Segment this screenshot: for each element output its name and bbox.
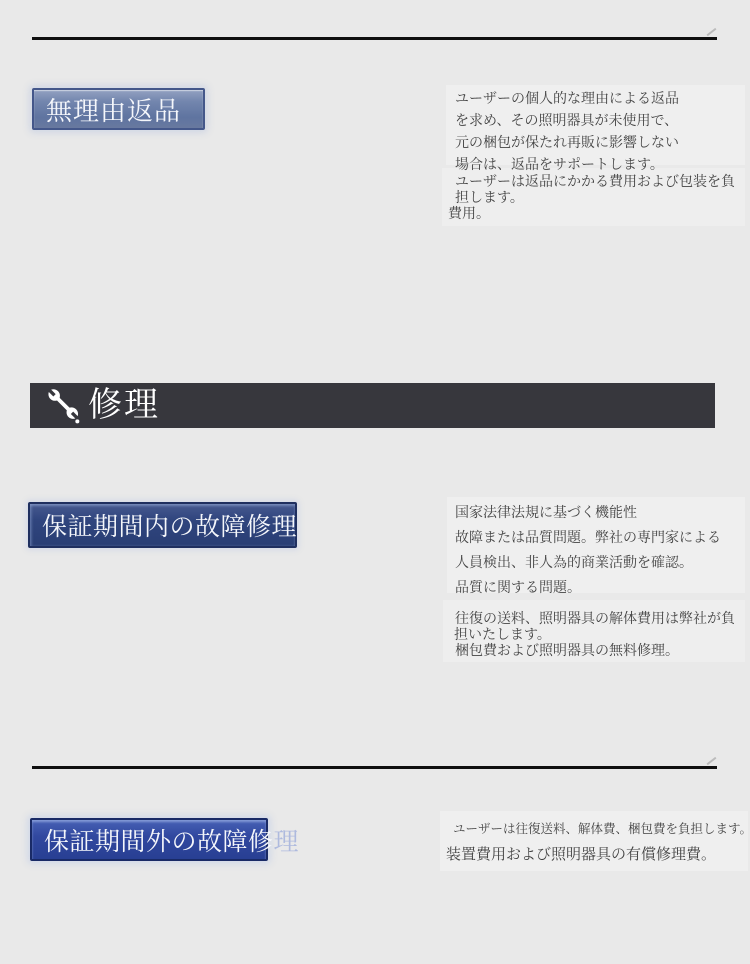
text-line: 費用。	[448, 205, 735, 221]
top-divider	[32, 37, 717, 40]
text-line: を求め、その照明器具が未使用で、	[455, 109, 679, 131]
text-line: ユーザーは返品にかかる費用および包装を負	[455, 173, 735, 189]
in-warranty-paragraph-2: 往復の送料、照明器具の解体費用は弊社が負 担いたします。 梱包費および照明器具の…	[455, 610, 735, 658]
repair-section-title: 修理	[88, 383, 160, 428]
out-warranty-badge: 保証期間外の故障修理	[30, 818, 268, 861]
wrench-icon	[43, 386, 83, 426]
out-warranty-badge-overflow-char: 理	[274, 822, 300, 858]
text-line: 場合は、返品をサポートします。	[455, 153, 679, 175]
top-divider-tick	[707, 28, 717, 36]
text-line: 故障または品質問題。弊社の専門家による	[455, 525, 721, 550]
text-line: ユーザーの個人的な理由による返品	[455, 87, 679, 109]
text-line: 国家法律法規に基づく機能性	[455, 500, 721, 525]
text-line: 人員検出、非人為的商業活動を確認。	[455, 550, 721, 575]
returns-paragraph-1: ユーザーの個人的な理由による返品 を求め、その照明器具が未使用で、 元の梱包が保…	[455, 87, 679, 175]
text-line: 往復の送料、照明器具の解体費用は弊社が負	[455, 610, 735, 626]
returns-badge: 無理由返品	[32, 88, 205, 130]
bottom-divider	[32, 766, 717, 769]
text-line: 品質に関する問題。	[455, 575, 721, 600]
out-warranty-line-2: 装置費用および照明器具の有償修理費。	[446, 843, 716, 864]
text-line: 担いたします。	[454, 626, 735, 642]
out-warranty-line-1: ユーザーは往復送料、解体費、梱包費を負担します。	[453, 819, 750, 837]
text-line: 担します。	[455, 189, 735, 205]
text-line: 元の梱包が保たれ再販に影響しない	[455, 131, 679, 153]
bottom-divider-tick	[707, 757, 717, 765]
out-warranty-badge-label: 保証期間外の故障修	[44, 822, 274, 858]
in-warranty-paragraph-1: 国家法律法規に基づく機能性 故障または品質問題。弊社の専門家による 人員検出、非…	[455, 500, 721, 600]
text-line: 梱包費および照明器具の無料修理。	[455, 642, 735, 658]
returns-paragraph-2: ユーザーは返品にかかる費用および包装を負 担します。 費用。	[455, 173, 735, 221]
in-warranty-badge-label: 保証期間内の故障修理	[42, 507, 297, 543]
in-warranty-badge: 保証期間内の故障修理	[28, 502, 297, 548]
returns-badge-label: 無理由返品	[46, 91, 181, 128]
product-policy-page: 無理由返品 ユーザーの個人的な理由による返品 を求め、その照明器具が未使用で、 …	[0, 0, 750, 964]
repair-section-header: 修理	[30, 383, 715, 428]
